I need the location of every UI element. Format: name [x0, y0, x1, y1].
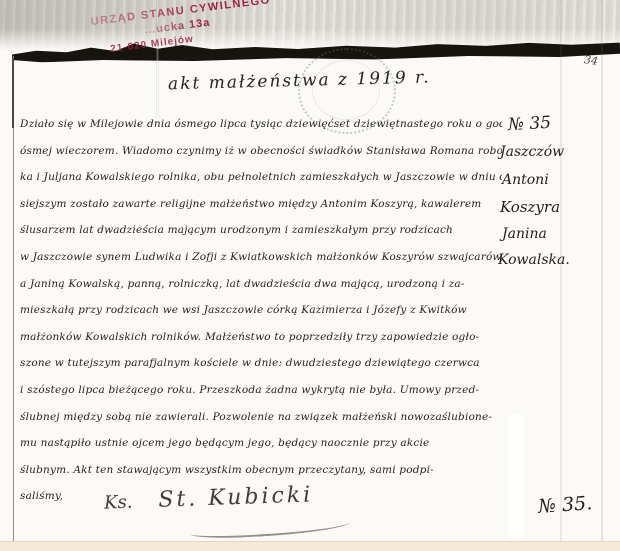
footer-record-number: № 35. — [537, 492, 593, 518]
body-line: ka i Juljana Kowalskiego rolnika, obu pe… — [20, 171, 502, 198]
body-line: ślubnej między sobą nie zawierali. Pozwo… — [20, 411, 502, 438]
scan-bottom-edge — [0, 541, 620, 551]
margin-bride-surname: Kowalska. — [498, 252, 570, 268]
page-number: 34 — [583, 53, 599, 68]
body-line: szone w tutejszym parafjalnym kościele w… — [20, 357, 502, 384]
margin-place-name: Jaszczów — [500, 144, 564, 160]
body-line: i szóstego lipca bieżącego roku. Przeszk… — [20, 384, 502, 411]
margin-groom-surname: Koszyra — [500, 198, 560, 216]
body-line: Działo się w Milejowie dnia ósmego lipca… — [20, 118, 502, 145]
scanned-marriage-record-page: URZĄD STANU CYWILNEGO …ucka 13a 21-020 M… — [0, 0, 620, 551]
body-line: ślusarzem lat dwadzieścia mającym urodzo… — [20, 224, 502, 251]
body-line: mu nastąpiło ustnie ojcem jego będącym j… — [20, 437, 502, 464]
signature-flourish — [190, 516, 351, 540]
margin-groom-first-name: Antoni — [502, 172, 549, 188]
body-line: małżonków Kowalskich rolników. Małżeństw… — [20, 331, 502, 358]
body-line: mieszkałą przy rodzicach we wsi Jaszczow… — [20, 304, 502, 331]
body-line: w Jaszczowie synem Ludwika i Zofji z Kwi… — [20, 251, 502, 278]
margin-bride-first-name: Janina — [502, 226, 547, 242]
margin-record-number: № 35 — [508, 113, 552, 135]
scan-light-streak — [508, 415, 524, 540]
fold-crease — [560, 0, 562, 551]
body-line: ósmej wieczorem. Wiadomo czynimy iż w ob… — [20, 145, 502, 172]
ledger-margin-line — [13, 56, 14, 548]
ledger-margin-line-dark — [12, 58, 14, 128]
handwritten-body: Działo się w Milejowie dnia ósmego lipca… — [20, 118, 502, 517]
fold-crease — [601, 0, 603, 551]
body-line: siejszym zostało zawarte religijne małże… — [20, 198, 502, 225]
body-line: a Janiną Kowalską, panną, rolniczką, lat… — [20, 278, 502, 305]
signature-title: Ks. — [104, 492, 133, 514]
